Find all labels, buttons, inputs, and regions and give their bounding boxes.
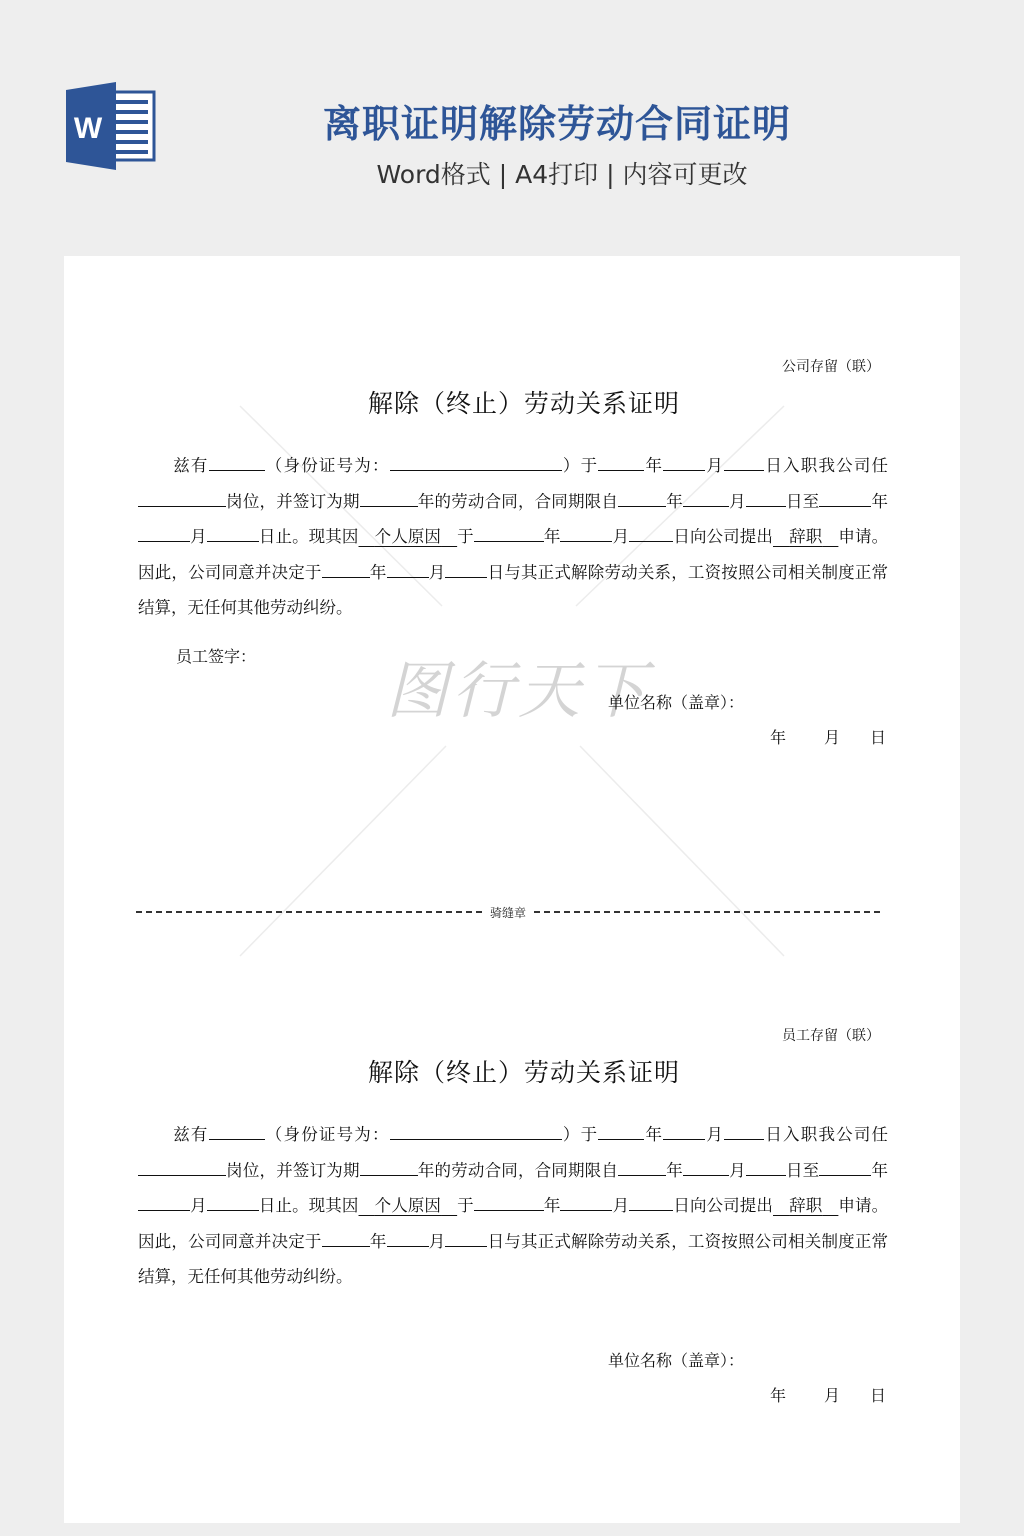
id-number-blank[interactable]	[390, 1120, 562, 1140]
apply-month-blank[interactable]	[560, 522, 612, 542]
contract-end-day-blank[interactable]	[207, 1191, 259, 1211]
dashed-divider	[534, 911, 880, 913]
date-line: 年月日	[770, 725, 886, 748]
copy-label: 员工存留（联）	[782, 1025, 880, 1045]
apply-year-blank[interactable]	[474, 1191, 544, 1211]
termination-year-blank[interactable]	[322, 1227, 370, 1247]
id-number-blank[interactable]	[390, 451, 562, 471]
entry-year-blank[interactable]	[598, 1120, 644, 1140]
termination-year-blank[interactable]	[322, 558, 370, 578]
request-type-field[interactable]: 辞职	[773, 527, 838, 546]
apply-year-blank[interactable]	[474, 522, 544, 542]
entry-year-blank[interactable]	[598, 451, 644, 471]
watermark-lines	[64, 256, 960, 1523]
perforation-line: 骑缝章	[136, 902, 880, 922]
apply-day-blank[interactable]	[629, 1191, 673, 1211]
contract-start-year-blank[interactable]	[618, 1156, 666, 1176]
contract-end-year-blank[interactable]	[819, 487, 871, 507]
seal-label: 骑缝章	[482, 904, 534, 921]
entry-month-blank[interactable]	[663, 451, 705, 471]
termination-day-blank[interactable]	[445, 558, 487, 578]
contract-end-day-blank[interactable]	[207, 522, 259, 542]
name-blank[interactable]	[209, 451, 265, 471]
entry-month-blank[interactable]	[663, 1120, 705, 1140]
banner-title: 离职证明解除劳动合同证明	[0, 93, 1024, 148]
dashed-divider	[136, 911, 482, 913]
contract-start-month-blank[interactable]	[683, 1156, 729, 1176]
date-line: 年月日	[770, 1383, 886, 1406]
apply-day-blank[interactable]	[629, 522, 673, 542]
request-type-field[interactable]: 辞职	[773, 1196, 838, 1215]
watermark-text: 图行天下	[386, 641, 650, 730]
employee-signature-label: 员工签字：	[176, 644, 256, 667]
entry-day-blank[interactable]	[724, 451, 764, 471]
banner-subtitle: Word格式 | A4打印 | 内容可更改	[0, 155, 1024, 191]
company-stamp-label: 单位名称（盖章）：	[608, 1348, 744, 1371]
position-blank[interactable]	[138, 487, 226, 507]
name-blank[interactable]	[209, 1120, 265, 1140]
contract-term-blank[interactable]	[360, 1156, 418, 1176]
termination-month-blank[interactable]	[387, 1227, 429, 1247]
contract-term-blank[interactable]	[360, 487, 418, 507]
contract-end-year-blank[interactable]	[819, 1156, 871, 1176]
certificate-body: 兹有（身份证号为：）于年月日入职我公司任岗位，并签订为期年的劳动合同，合同期限自…	[138, 448, 888, 626]
contract-start-day-blank[interactable]	[746, 1156, 786, 1176]
apply-month-blank[interactable]	[560, 1191, 612, 1211]
contract-end-month-blank[interactable]	[138, 1191, 190, 1211]
reason-field[interactable]: 个人原因	[359, 527, 458, 546]
company-stamp-label: 单位名称（盖章）：	[608, 690, 744, 713]
document-title: 解除（终止）劳动关系证明	[64, 384, 960, 420]
position-blank[interactable]	[138, 1156, 226, 1176]
contract-start-day-blank[interactable]	[746, 487, 786, 507]
entry-day-blank[interactable]	[724, 1120, 764, 1140]
contract-start-month-blank[interactable]	[683, 487, 729, 507]
reason-field[interactable]: 个人原因	[359, 1196, 458, 1215]
contract-start-year-blank[interactable]	[618, 487, 666, 507]
document-page: 图行天下 公司存留（联） 解除（终止）劳动关系证明 兹有（身份证号为：）于年月日…	[64, 256, 960, 1523]
contract-end-month-blank[interactable]	[138, 522, 190, 542]
header-banner: W 离职证明解除劳动合同证明 Word格式 | A4打印 | 内容可更改	[0, 0, 1024, 256]
termination-day-blank[interactable]	[445, 1227, 487, 1247]
document-title: 解除（终止）劳动关系证明	[64, 1053, 960, 1089]
copy-label: 公司存留（联）	[782, 356, 880, 376]
certificate-body: 兹有（身份证号为：）于年月日入职我公司任岗位，并签订为期年的劳动合同，合同期限自…	[138, 1117, 888, 1295]
termination-month-blank[interactable]	[387, 558, 429, 578]
